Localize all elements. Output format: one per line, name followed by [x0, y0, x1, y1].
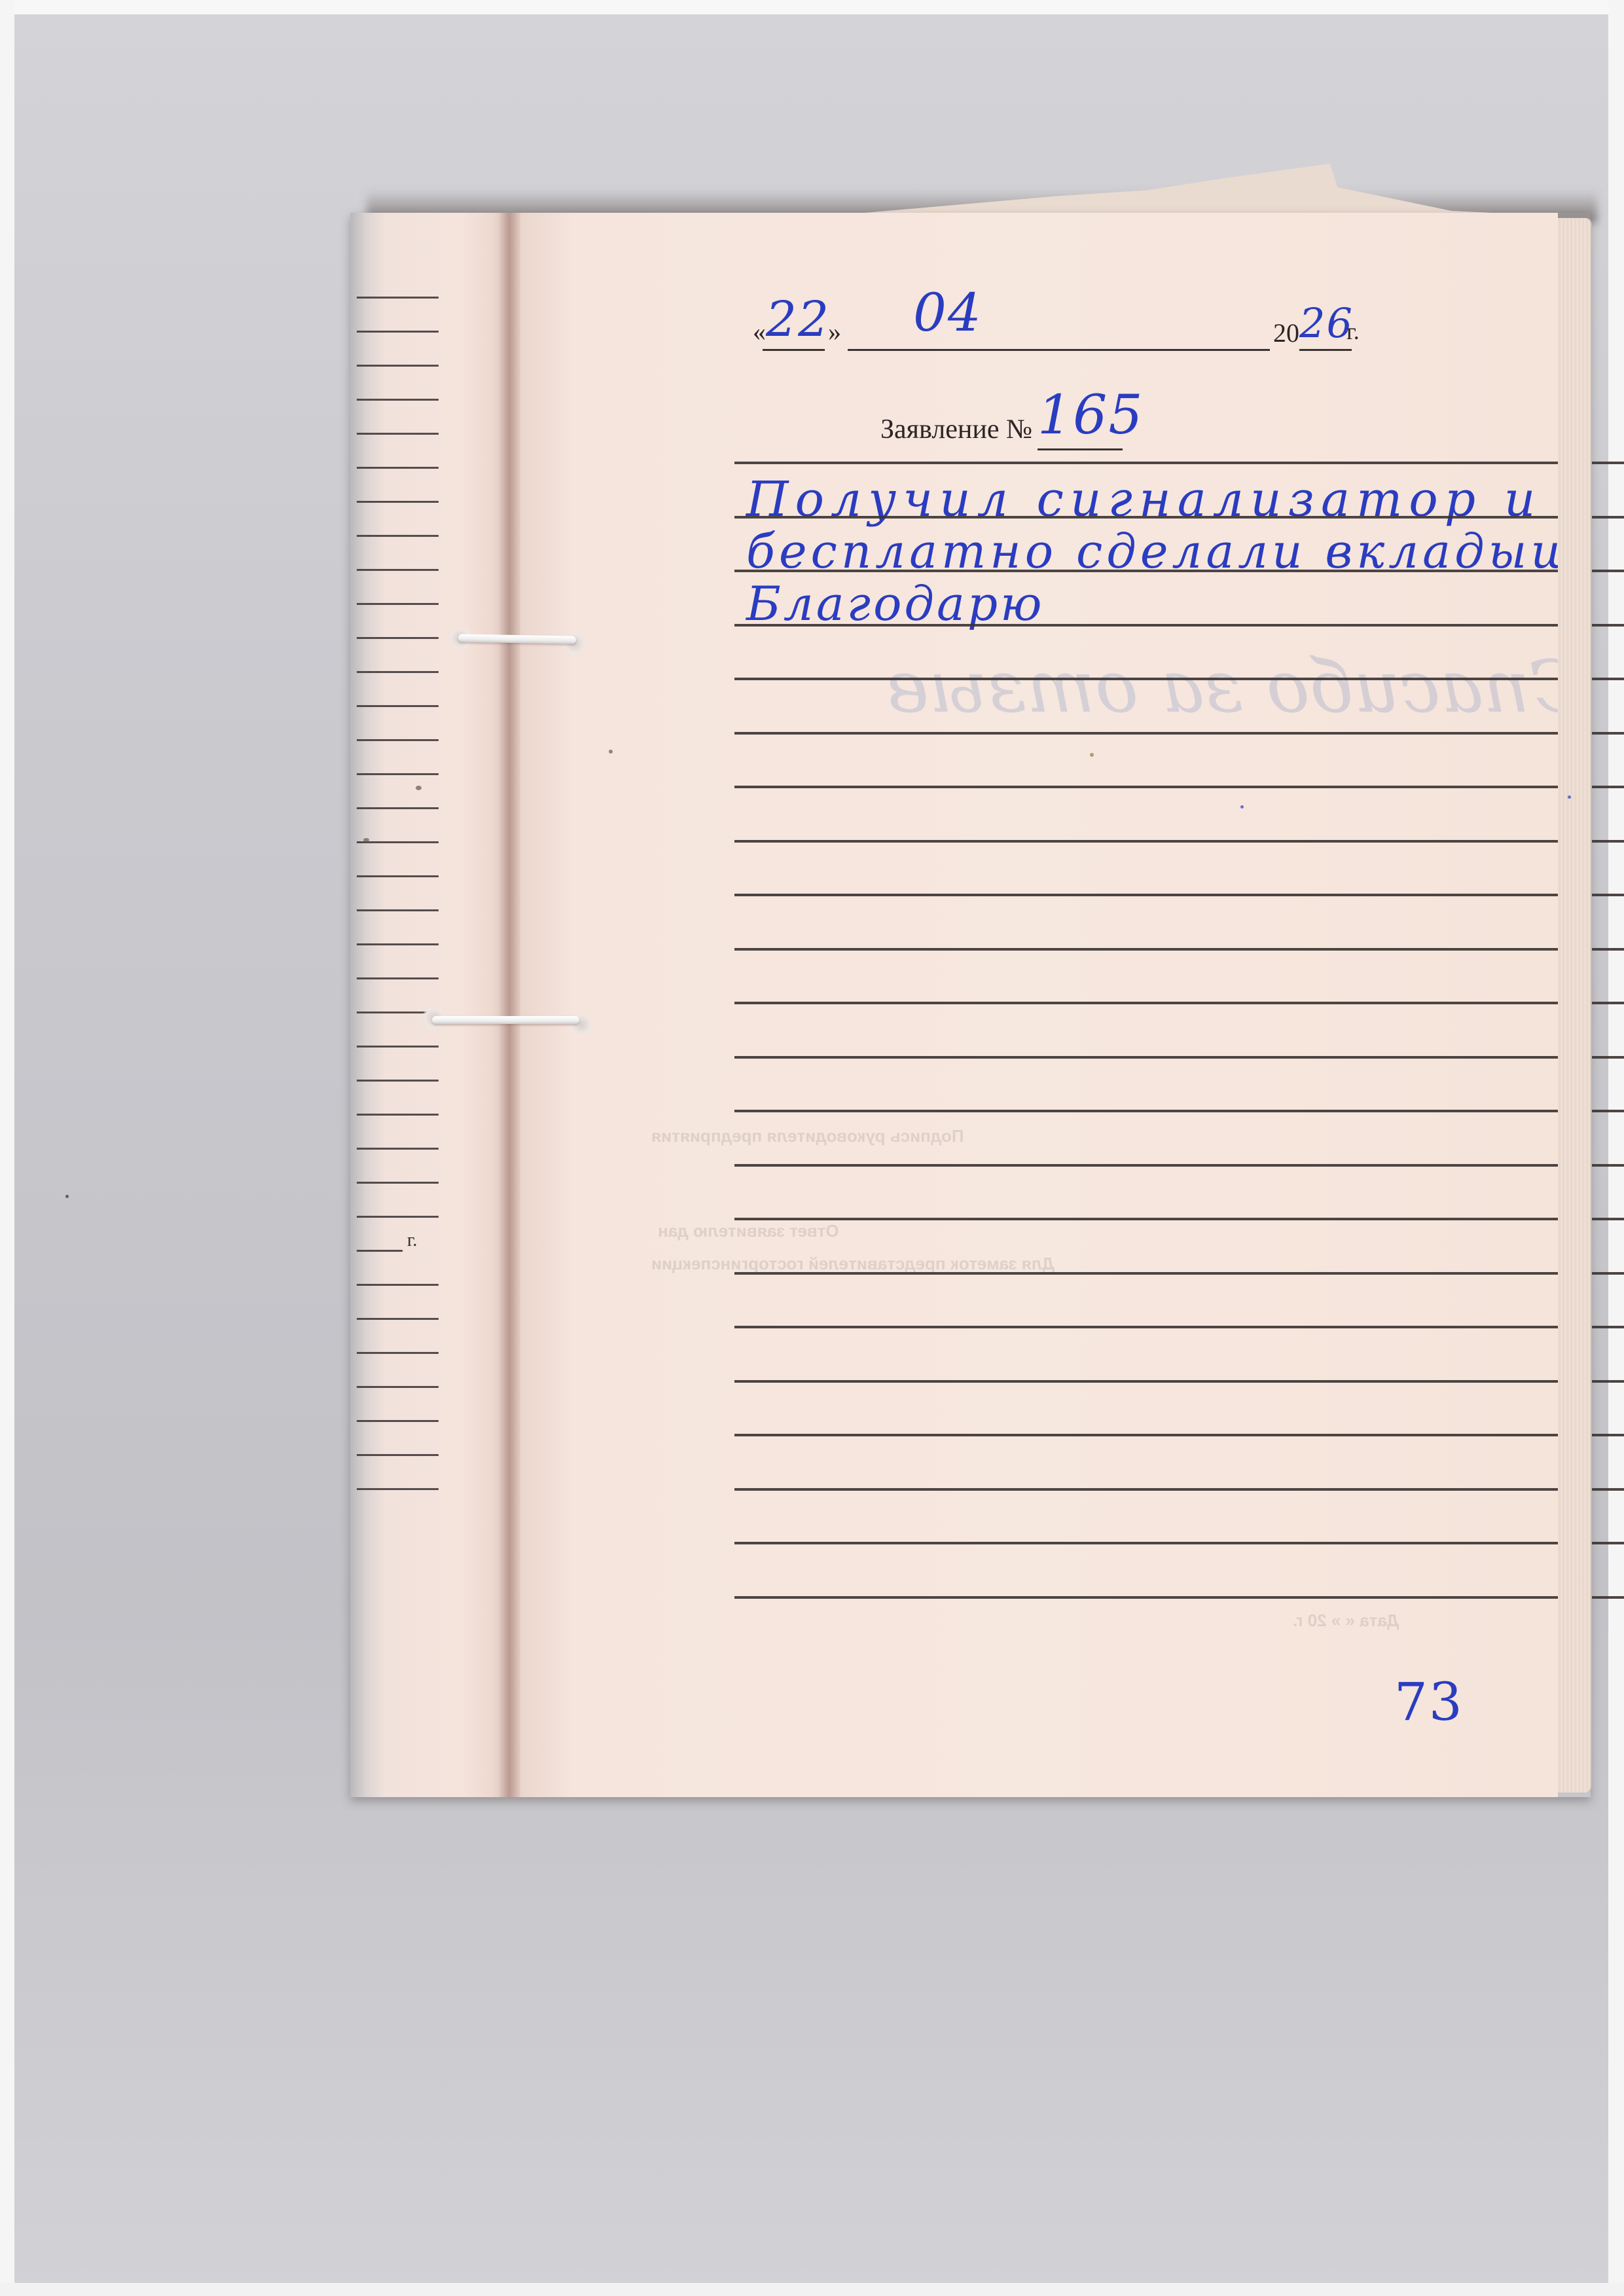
ruled-line: [734, 1380, 1624, 1383]
ruled-line: [357, 501, 439, 503]
ruled-line: [357, 1216, 439, 1218]
statement-label: Заявление №: [880, 414, 1032, 445]
statement-number-underline: [1038, 448, 1123, 450]
ruled-line: [357, 841, 439, 843]
ruled-line: [734, 1488, 1624, 1491]
ruled-line: [357, 399, 439, 401]
handwritten-line-3: Благодарю: [746, 576, 1044, 631]
ruled-line: [357, 739, 439, 741]
ruled-line: [357, 603, 439, 605]
ruled-line: [357, 977, 439, 979]
ruled-line: [734, 948, 1624, 951]
ruled-line: [357, 1046, 439, 1048]
ruled-line: [357, 1250, 403, 1252]
ruled-line: [357, 569, 439, 571]
ruled-line: [357, 535, 439, 537]
paper-speck: [416, 786, 422, 790]
date-year-mark: г.: [407, 1230, 417, 1251]
dust-speck: [65, 1195, 69, 1198]
open-quote: «: [753, 316, 766, 347]
complaint-book: г. Спасибо за отзыв Подпись руководителя…: [350, 213, 1591, 1797]
ruled-line: [734, 1110, 1624, 1112]
ruled-line: [734, 1272, 1624, 1275]
ruled-line: [734, 1326, 1624, 1328]
page-number: 73: [1394, 1671, 1464, 1732]
ruled-line: [357, 433, 439, 435]
bleed-through-caption: Для заметок представителей госторгинспек…: [651, 1254, 1055, 1274]
ruled-line: [734, 1434, 1624, 1436]
date-day: 22: [766, 291, 830, 348]
ruled-line: [357, 943, 439, 945]
scan-border-right: [1608, 0, 1624, 2296]
ruled-line: [357, 1352, 439, 1354]
ruled-line: [357, 1420, 439, 1422]
book-spine: [497, 213, 524, 1797]
ruled-line: [357, 1454, 439, 1456]
paper-speck: [609, 750, 613, 754]
ruled-line: [357, 773, 439, 775]
ink-speck: [1240, 805, 1244, 809]
ruled-line: [734, 1542, 1624, 1544]
scan-border-left: [0, 0, 14, 2296]
ruled-line: [734, 894, 1624, 896]
ruled-line: [357, 671, 439, 673]
left-stub-page: г.: [350, 213, 511, 1797]
ruled-line: [734, 1002, 1624, 1004]
year-mark: г.: [1346, 318, 1360, 345]
bleed-through-caption: Дата « » 20 г.: [1293, 1611, 1399, 1631]
month-underline: [848, 349, 1270, 351]
year-prefix: 20: [1273, 318, 1299, 348]
paper-speck: [363, 838, 369, 842]
day-underline: [763, 349, 825, 351]
binding-thread-lower: [432, 1016, 579, 1024]
ruled-line: [357, 1284, 439, 1286]
ruled-line: [357, 909, 439, 911]
ruled-line: [734, 1056, 1624, 1059]
handwritten-line-1: Получил сигнализатор и: [746, 471, 1542, 528]
page-edges: [1558, 218, 1592, 1793]
ruled-line: [357, 1114, 439, 1116]
ruled-line: [734, 516, 1624, 519]
date-year: 26: [1299, 299, 1354, 347]
ruled-line: [734, 678, 1624, 680]
ruled-line: [357, 1148, 439, 1150]
ruled-line: [357, 1386, 439, 1388]
ruled-line: [357, 365, 439, 367]
ruled-line: [734, 1164, 1624, 1167]
year-underline: [1299, 349, 1352, 351]
close-quote: »: [828, 316, 841, 347]
ruled-line: [357, 297, 439, 299]
bleed-through-caption: Ответ заявителю дан: [658, 1221, 839, 1241]
ruled-line: [734, 570, 1624, 572]
ruled-line: [357, 331, 439, 333]
ruled-line: [734, 1218, 1624, 1220]
ruled-line: [357, 1182, 439, 1184]
ruled-line: [357, 637, 439, 639]
date-month: 04: [913, 282, 983, 343]
bleed-through-handwriting: Спасибо за отзыв: [887, 645, 1585, 729]
ruled-line: [734, 462, 1624, 464]
ruled-line: [357, 1318, 439, 1320]
ruled-line: [357, 467, 439, 469]
statement-number: 165: [1038, 384, 1144, 446]
ruled-line: [734, 624, 1624, 627]
bleed-through-caption: Подпись руководителя предприятия: [651, 1126, 964, 1146]
ruled-line: [357, 705, 439, 707]
ruled-line: [357, 875, 439, 877]
ruled-line: [734, 732, 1624, 735]
ink-speck: [1568, 795, 1571, 799]
scan-border-top: [0, 0, 1624, 14]
paper-speck: [1090, 753, 1094, 757]
ruled-line: [357, 1488, 439, 1490]
ruled-line: [734, 840, 1624, 843]
ruled-line: [734, 1596, 1624, 1599]
ruled-line: [734, 786, 1624, 788]
scan-border-bottom: [0, 2283, 1624, 2296]
ruled-line: [357, 807, 439, 809]
ruled-line: [357, 1080, 439, 1082]
right-page: Спасибо за отзыв Подпись руководителя пр…: [520, 213, 1558, 1797]
